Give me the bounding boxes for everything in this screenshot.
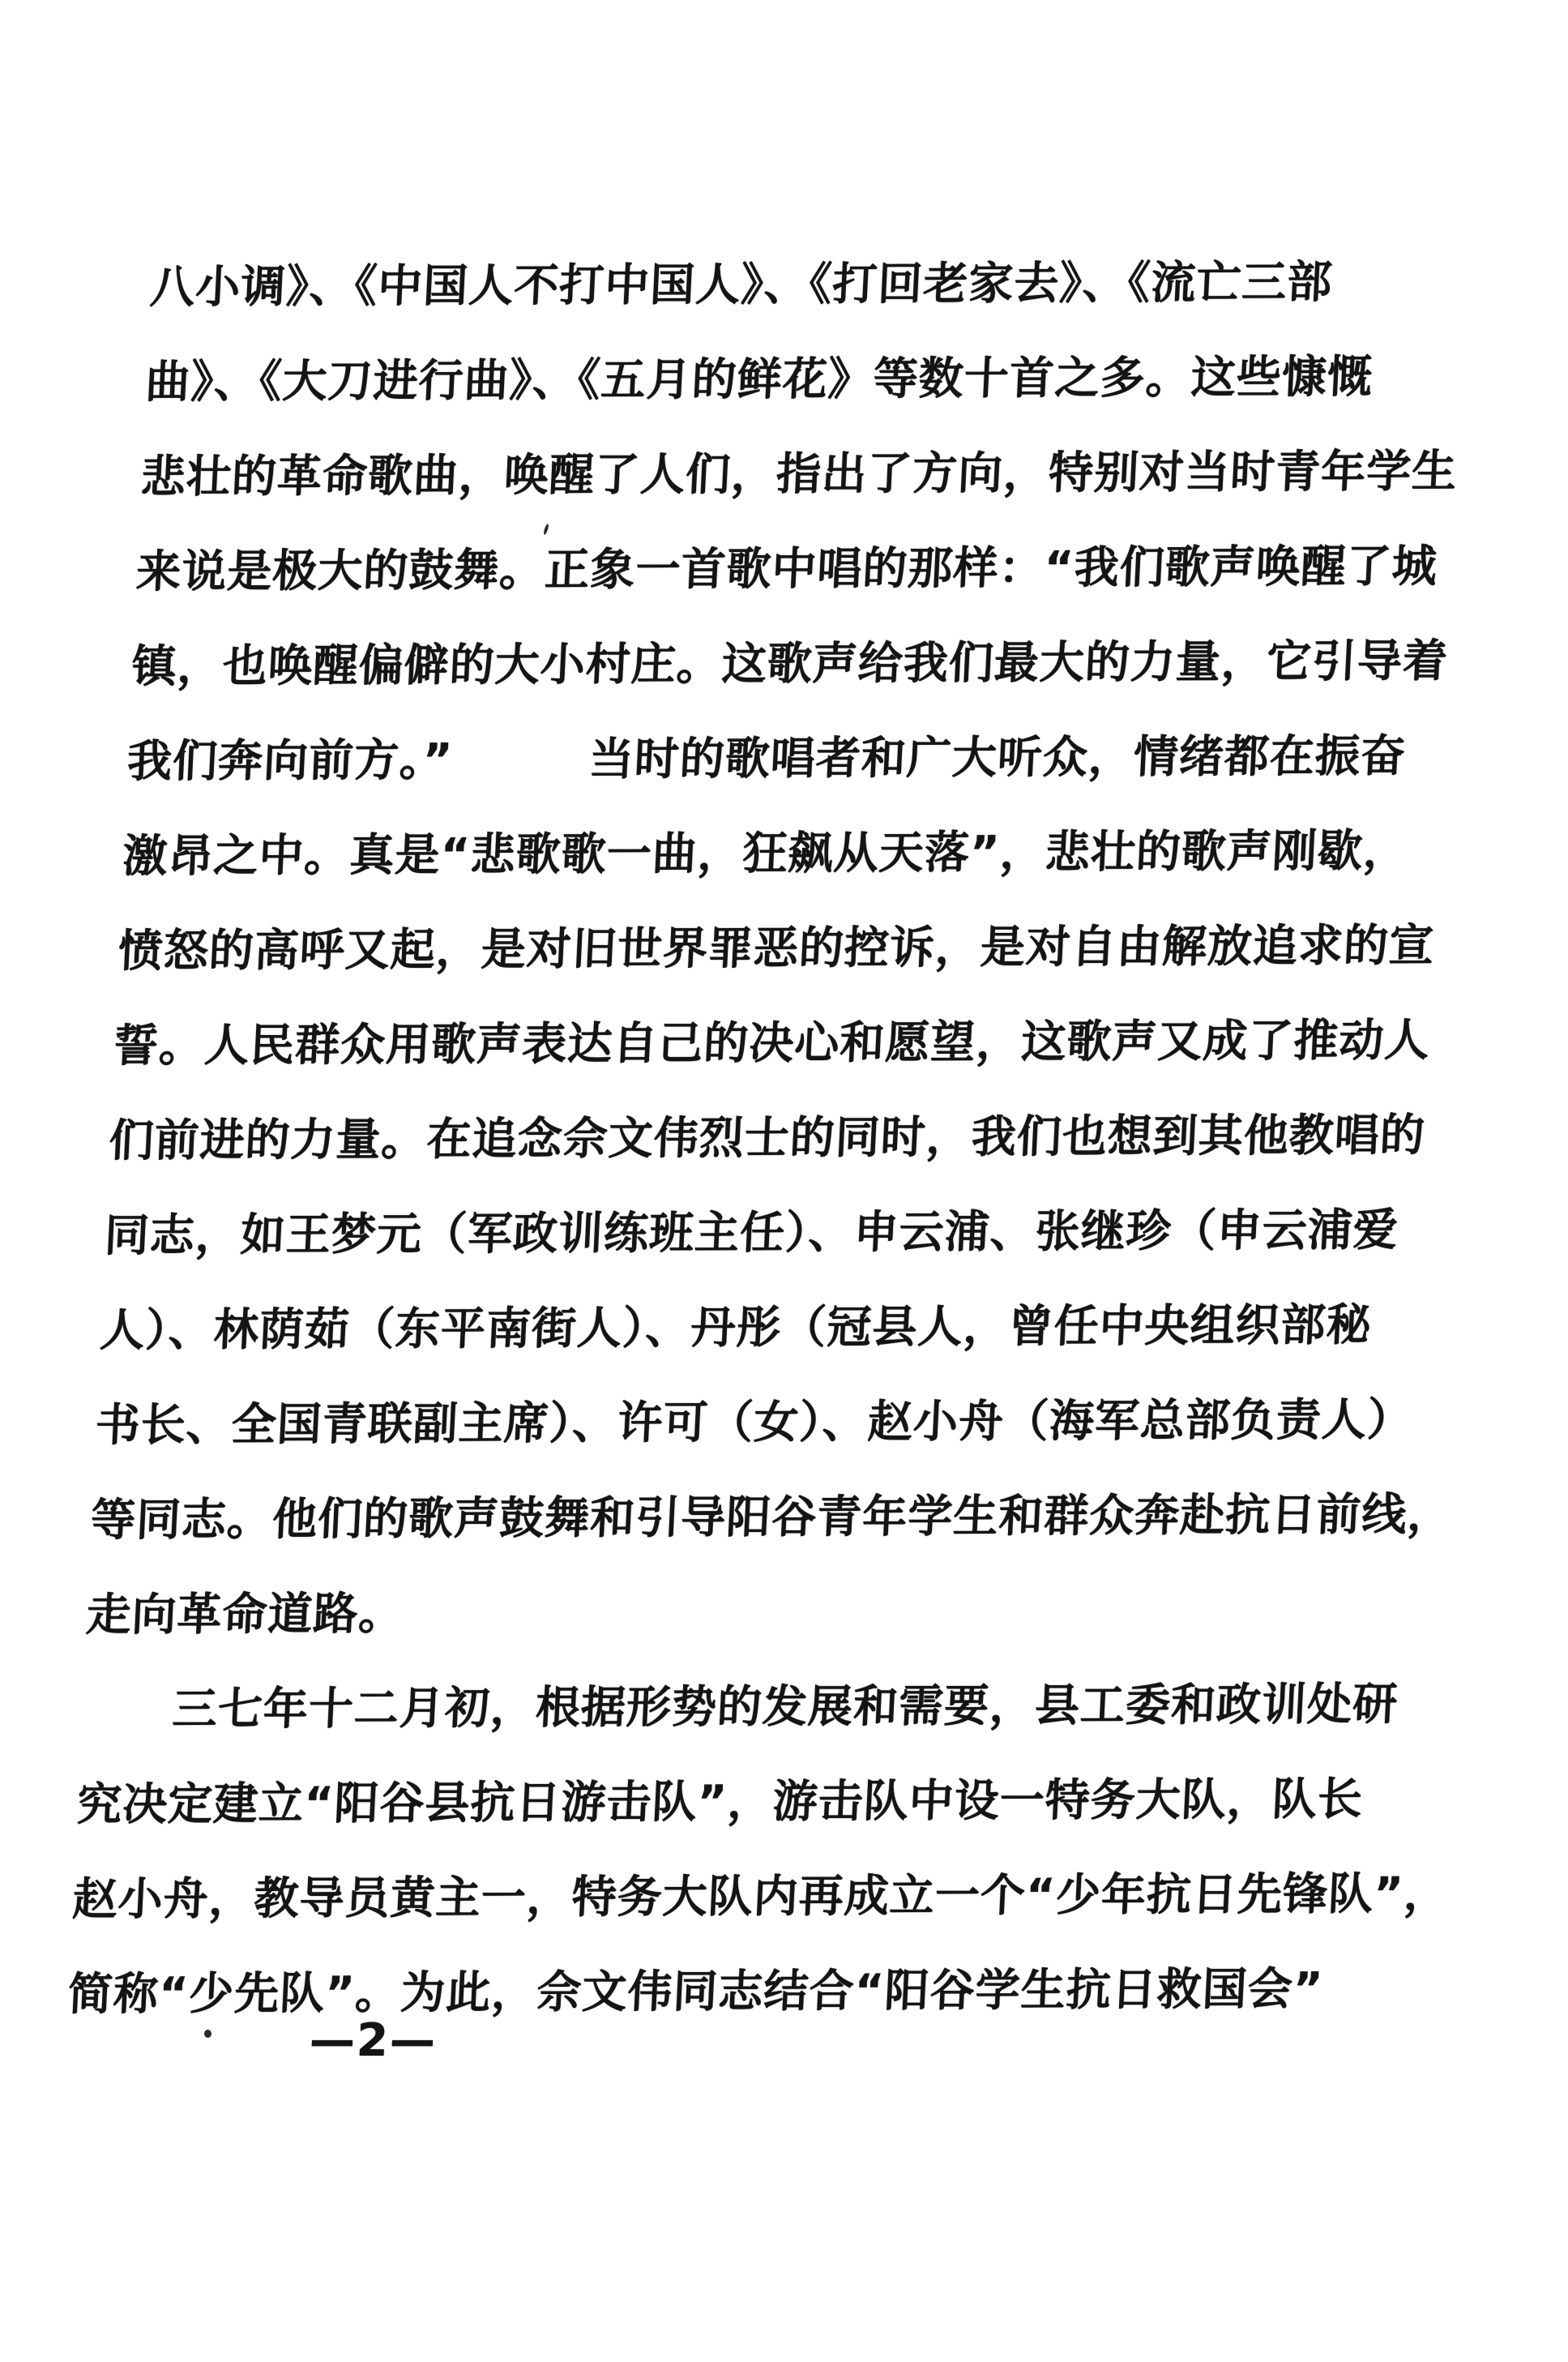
text-line: 们前进的力量。在追念佘文伟烈士的同时，我们也想到其他教唱的: [107, 1088, 1408, 1188]
body-text-block: 八小调》、《中国人不打中国人》、《打回老家去》、《流亡三部 曲》、《大刀进行曲》…: [66, 234, 1449, 2042]
text-line: 人）、林荫茹（东平南街人）、丹彤（冠县人，曾任中央组织部秘: [98, 1277, 1399, 1378]
text-line: 愤怒的高呼又起，是对旧世界罪恶的控诉，是对自由解放追求的宣: [116, 898, 1417, 999]
text-line: 八小调》、《中国人不打中国人》、《打回老家去》、《流亡三部: [147, 234, 1449, 335]
text-line: 激昂之中。真是“悲歌歌一曲，狂飙从天落”，悲壮的歌声刚歇，: [121, 803, 1422, 904]
text-line: 来说是极大的鼓舞。正象一首歌中唱的那样：“我们歌声唤醒了城: [135, 519, 1436, 619]
scan-artifact-speck: [204, 2030, 211, 2038]
text-line: 究决定建立“阳谷县抗日游击队”，游击队中设一特务大队，队长: [75, 1752, 1376, 1852]
text-line: 同志，如王梦元（军政训练班主任）、申云浦、张继珍（申云浦爱: [102, 1183, 1404, 1283]
text-line: 我们奔向前方。” 当时的歌唱者和广大听众，情绪都在振奋: [125, 708, 1426, 809]
text-line: 镇，也唤醒偏僻的大小村庄。这歌声给我们最大的力量，它引导着: [130, 614, 1431, 714]
text-line: 悲壮的革命歌曲，唤醒了人们，指出了方向，特别对当时青年学生: [139, 424, 1440, 524]
page-number: —2—: [309, 2009, 438, 2073]
text-line: 走向革命道路。: [84, 1562, 1386, 1662]
text-line: 等同志。他们的歌声鼓舞和引导阳谷青年学生和群众奔赴抗日前线，: [88, 1467, 1390, 1568]
text-line: 赵小舟，教导员黄主一，特务大队内再成立一个“少年抗日先锋队”，: [70, 1846, 1372, 1947]
text-line: 书长、全国青联副主席）、许可（女）、赵小舟（海军总部负责人）: [93, 1372, 1395, 1473]
scanned-document-page: 八小调》、《中国人不打中国人》、《打回老家去》、《流亡三部 曲》、《大刀进行曲》…: [0, 0, 1568, 2362]
text-line: 三七年十二月初，根据形势的发展和需要，县工委和政训处研: [79, 1657, 1381, 1757]
text-line: 誓。人民群众用歌声表达自己的决心和愿望，这歌声又成了推动人: [111, 993, 1412, 1093]
text-line: 曲》、《大刀进行曲》、《五月的鲜花》等数十首之多。这些慷慨: [143, 329, 1445, 430]
text-line: 简称“少先队”。为此，佘文伟同志结合“阳谷学生抗日救国会”: [66, 1941, 1367, 2042]
